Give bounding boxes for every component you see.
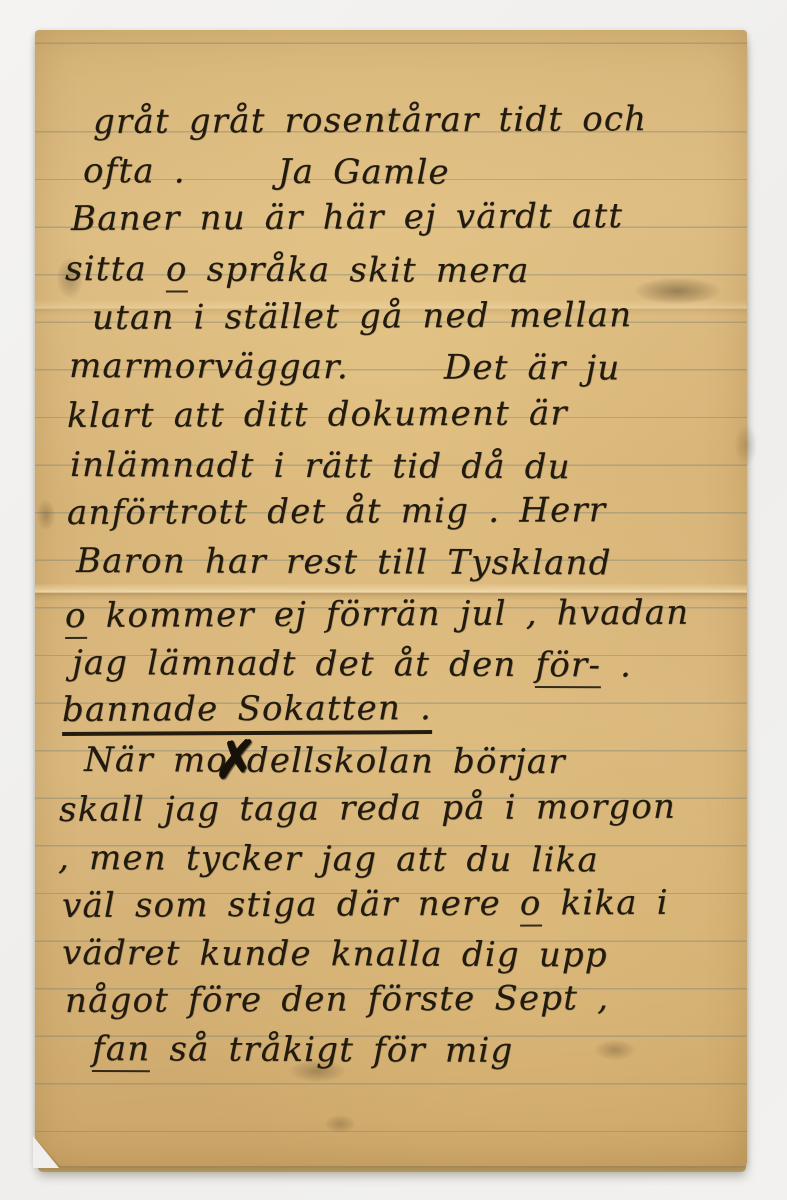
handwriting-segment: o <box>166 249 188 292</box>
handwriting-line-18: vädret kunde knalla dig upp <box>62 933 608 975</box>
handwriting-segment: ofta . <box>83 151 186 191</box>
handwriting-segment: utan i stället gå ned mellan <box>92 295 632 338</box>
handwriting-line-4: sitta o språka skit mera <box>65 249 530 291</box>
letter-page: gråt gråt rosentårar tidt ochofta .Ja Ga… <box>35 30 747 1166</box>
handwriting-line-17: väl som stiga där nere o kika i <box>62 883 669 926</box>
handwriting-segment: Det är ju <box>444 348 621 389</box>
handwriting-line-8: inlämnadt i rätt tid då du <box>70 445 571 487</box>
handwriting-segment: skall jag taga reda på i morgon <box>59 787 676 830</box>
handwriting-segment: fan <box>92 1029 151 1072</box>
spacing-gap <box>186 181 278 182</box>
handwriting-line-12: jag lämnadt det åt den för- . <box>72 643 632 685</box>
handwriting-segment: , men tycker jag att du lika <box>58 838 599 880</box>
handwriting-line-19: något före den förste Sept , <box>65 978 609 1021</box>
handwriting-segment: kika i <box>541 883 668 924</box>
paper-stain <box>325 1115 355 1133</box>
paper-stain <box>37 500 55 530</box>
handwriting-line-6: marmorväggar.Det är ju <box>69 346 621 388</box>
handwriting-line-5: utan i stället gå ned mellan <box>92 295 632 338</box>
paper-stain <box>735 425 757 465</box>
handwriting-line-20: fan så tråkigt för mig <box>92 1029 514 1071</box>
handwriting-segment: kommer ej förrän jul , hvadan <box>87 593 690 636</box>
handwriting-line-1: gråt gråt rosentårar tidt och <box>93 99 647 142</box>
handwriting-segment: När mo <box>84 740 228 781</box>
handwriting-segment: marmorväggar. <box>69 346 349 387</box>
spacing-gap <box>349 377 444 378</box>
handwriting-segment: klart att ditt dokument är <box>67 393 568 436</box>
handwriting-segment: . <box>601 645 632 685</box>
handwriting-line-3: Baner nu är här ej värdt att <box>71 196 623 239</box>
corner-fold <box>33 1136 59 1168</box>
paper-stain <box>635 278 720 304</box>
handwriting-segment: gråt gråt rosentårar tidt och <box>93 99 647 142</box>
handwriting-line-14: När mo✗dellskolan börjar <box>84 740 566 782</box>
handwriting-line-13: bannade Sokatten . <box>62 688 432 730</box>
photo-background: gråt gråt rosentårar tidt ochofta .Ja Ga… <box>0 0 787 1200</box>
handwriting-segment: o <box>520 883 542 926</box>
handwriting-segment: jag lämnadt det åt den <box>72 643 536 685</box>
handwriting-segment: Baron har rest till Tyskland <box>76 541 612 583</box>
handwriting-segment: väl som stiga där nere <box>62 884 520 926</box>
paper-stain <box>595 1040 635 1060</box>
handwriting-line-16: , men tycker jag att du lika <box>58 838 599 880</box>
handwriting-segment: Ja Gamle <box>278 152 450 193</box>
handwriting-segment: sitta <box>65 249 166 289</box>
handwriting-line-11: o kommer ej förrän jul , hvadan <box>65 593 689 636</box>
handwriting-segment: vädret kunde knalla dig upp <box>62 933 608 975</box>
handwriting-segment: för- <box>535 645 601 688</box>
handwriting-segment: Baner nu är här ej värdt att <box>71 196 623 239</box>
handwriting-segment: så tråkigt för mig <box>150 1029 513 1071</box>
handwriting-line-15: skall jag taga reda på i morgon <box>59 787 676 830</box>
handwriting-segment: anförtrott det åt mig . Herr <box>67 490 606 533</box>
handwriting-segment: o <box>65 596 87 639</box>
handwriting-segment: något före den förste Sept , <box>65 978 609 1021</box>
handwriting-line-9: anförtrott det åt mig . Herr <box>67 490 606 533</box>
handwriting-segment: dellskolan börjar <box>247 741 566 782</box>
handwriting-line-2: ofta .Ja Gamle <box>83 151 450 193</box>
handwriting-segment: inlämnadt i rätt tid då du <box>70 445 571 487</box>
handwriting-segment: språka skit mera <box>188 250 530 291</box>
handwriting-line-7: klart att ditt dokument är <box>67 393 568 436</box>
handwriting-line-10: Baron har rest till Tyskland <box>76 541 612 583</box>
